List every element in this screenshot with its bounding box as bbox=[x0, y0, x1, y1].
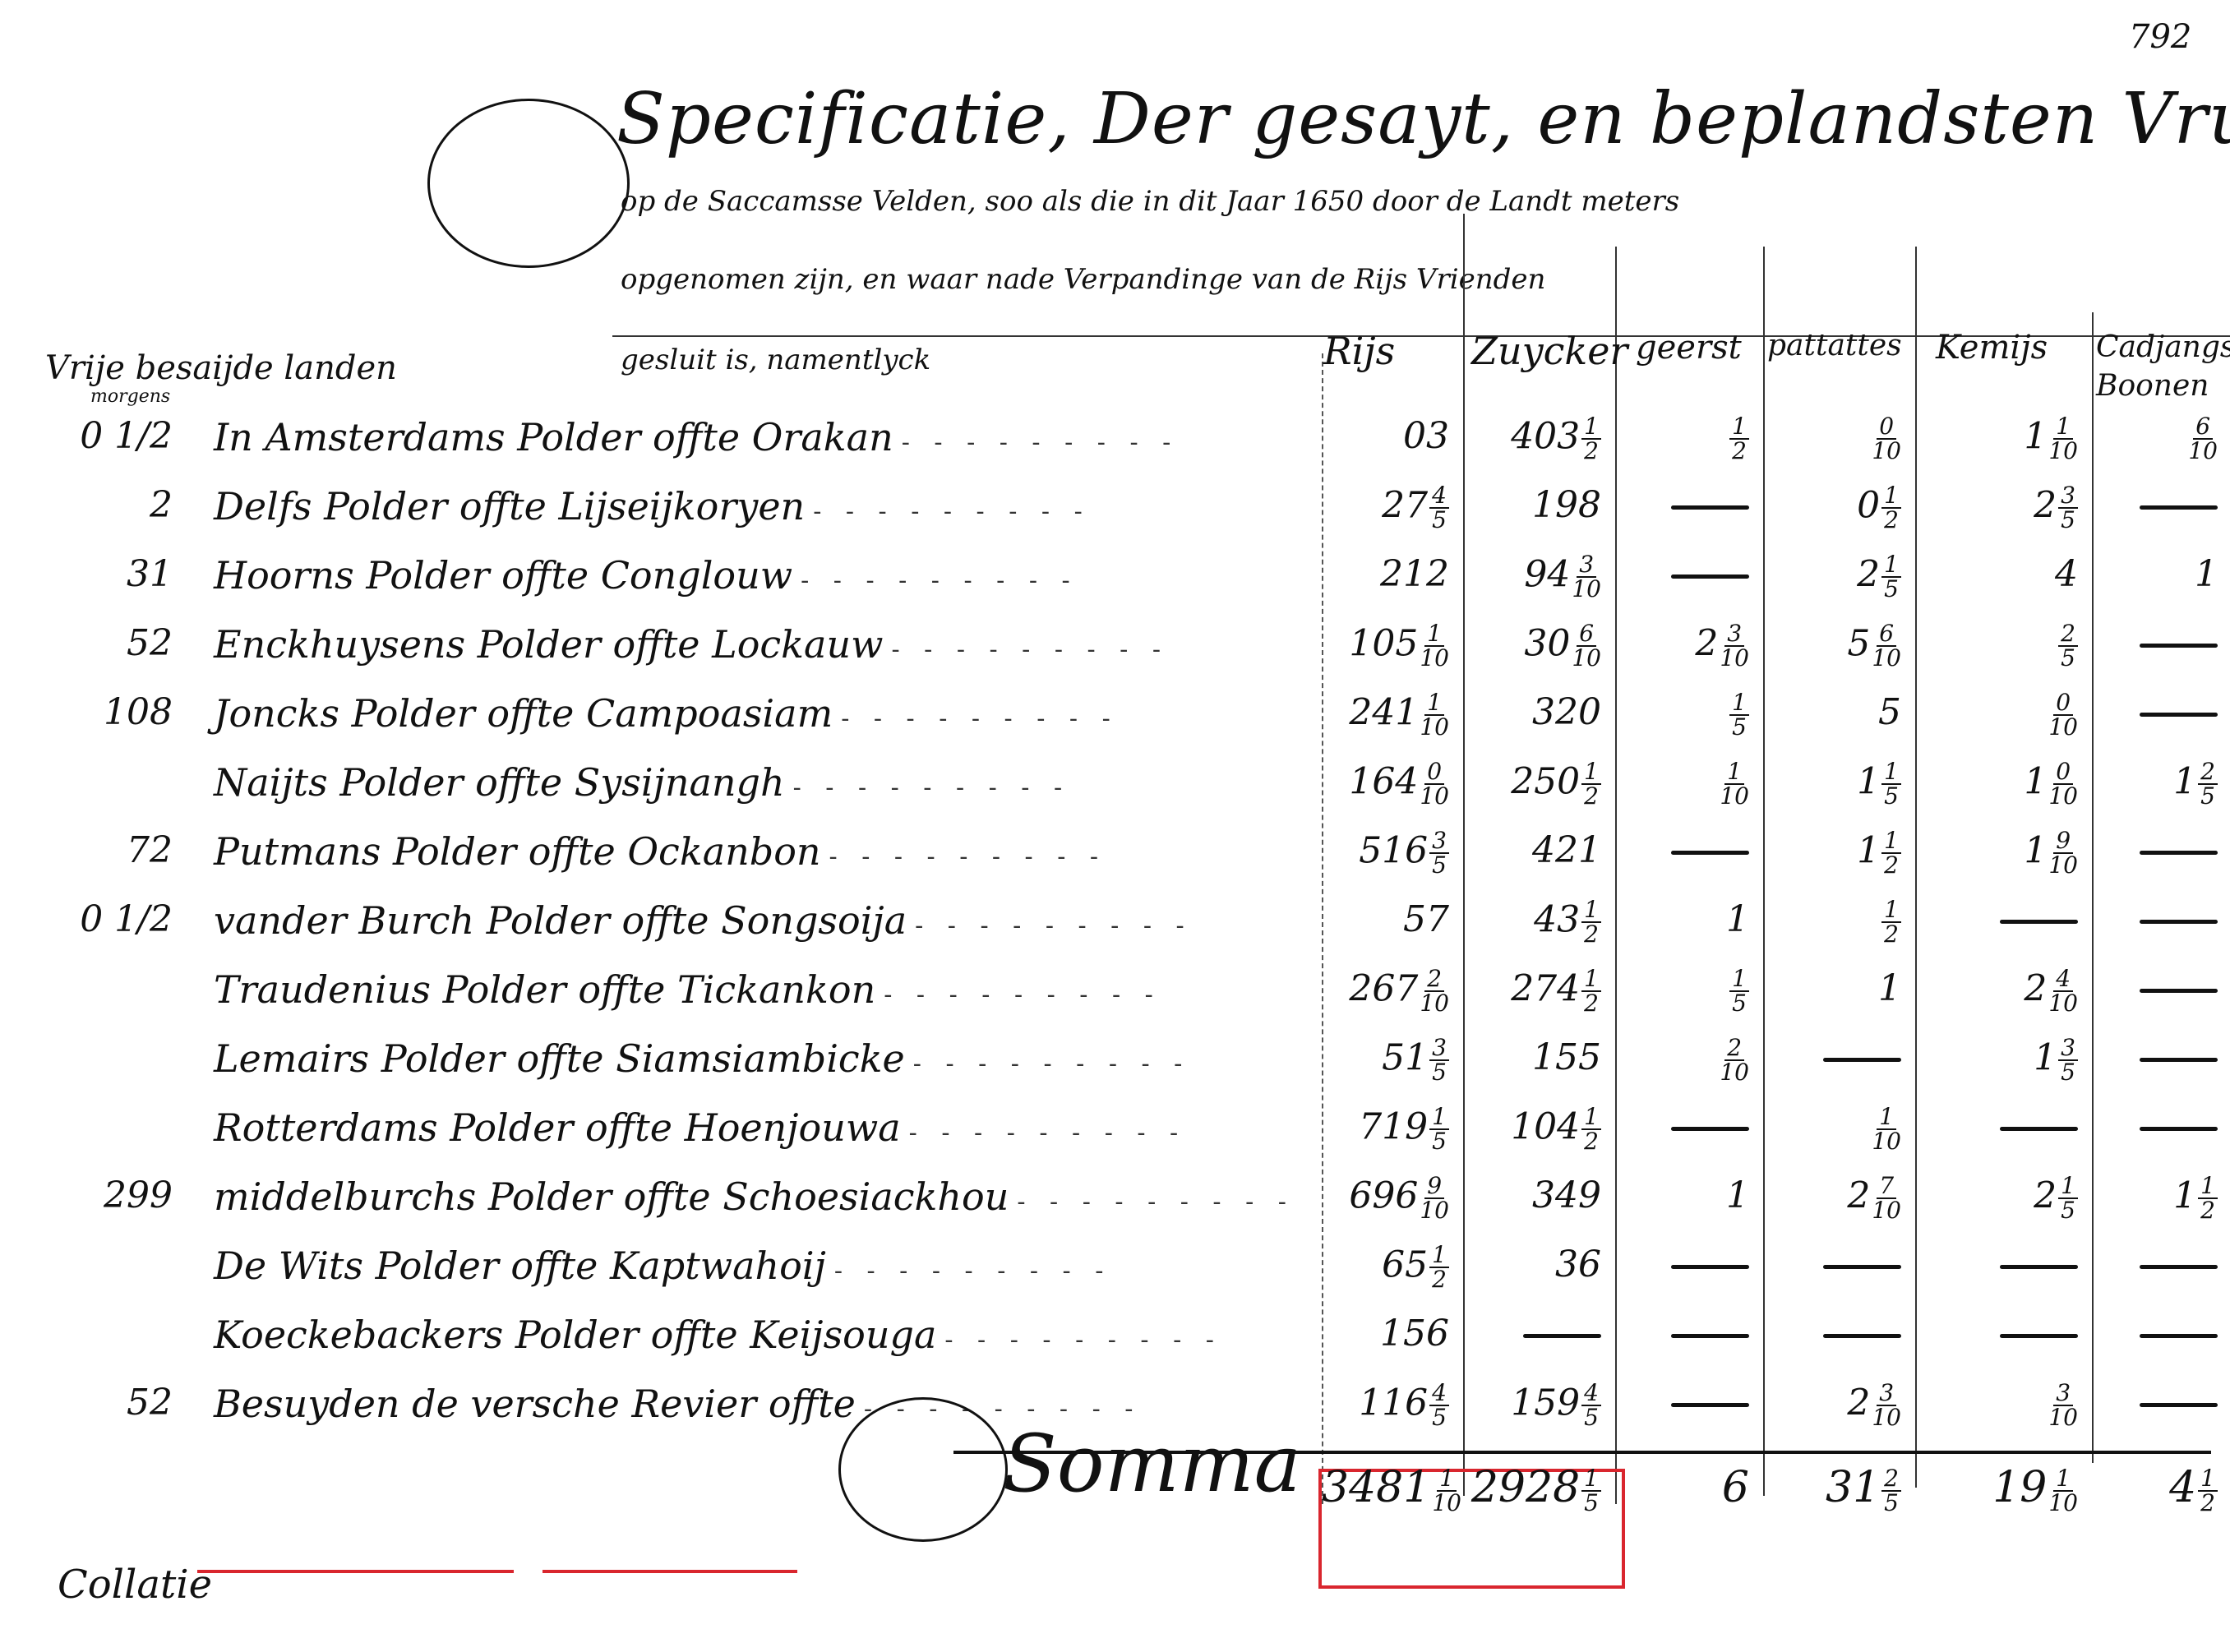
cell-zuycker: 198 bbox=[1463, 484, 1601, 526]
cell-zuycker: 25012 bbox=[1463, 760, 1601, 808]
cell-pattattes: 110 bbox=[1763, 1105, 1901, 1153]
cell-kemijs bbox=[1915, 898, 2078, 940]
cell-cadjangs-boonen bbox=[2092, 1244, 2218, 1285]
cell-rijs: 105110 bbox=[1322, 622, 1449, 670]
cell-pattattes: 2310 bbox=[1763, 1382, 1901, 1429]
empty-dash-icon bbox=[2140, 1265, 2218, 1269]
empty-dash-icon bbox=[2140, 1403, 2218, 1407]
cell-rijs: 212 bbox=[1322, 553, 1449, 595]
cell-pattattes bbox=[1763, 1244, 1901, 1285]
cell-kemijs: 310 bbox=[1915, 1382, 2078, 1429]
cell-geerst: 2310 bbox=[1615, 622, 1749, 670]
polder-name-text: Naijts Polder offte Sysijnangh bbox=[214, 760, 785, 805]
cell-zuycker: 15945 bbox=[1463, 1382, 1601, 1429]
empty-dash-icon bbox=[2140, 851, 2218, 855]
cell-cadjangs-boonen: 610 bbox=[2092, 415, 2218, 463]
left-column-unit: morgens bbox=[90, 386, 170, 407]
empty-dash-icon bbox=[2140, 644, 2218, 648]
total-zuycker: 292815 bbox=[1463, 1463, 1601, 1515]
dot-leader: - - - - - - - - - bbox=[829, 842, 1107, 871]
cell-geerst bbox=[1615, 1105, 1749, 1147]
cell-pattattes: 112 bbox=[1763, 829, 1901, 877]
cell-rijs: 156 bbox=[1322, 1313, 1449, 1354]
column-header-kemijs: Kemijs bbox=[1936, 329, 2048, 367]
row-polder-name: Lemairs Polder offte Siamsiambicke- - - … bbox=[214, 1036, 1190, 1081]
column-header-zuycker: Zuycker bbox=[1471, 329, 1627, 373]
cell-rijs: 5135 bbox=[1322, 1036, 1449, 1084]
polder-name-text: In Amsterdams Polder offte Orakan bbox=[214, 415, 893, 459]
total-rijs: 3481110 bbox=[1322, 1463, 1449, 1515]
cell-zuycker: 421 bbox=[1463, 829, 1601, 871]
cell-rijs: 164010 bbox=[1322, 760, 1449, 808]
cell-cadjangs-boonen bbox=[2092, 691, 2218, 733]
cell-rijs: 11645 bbox=[1322, 1382, 1449, 1429]
cell-cadjangs-boonen bbox=[2092, 898, 2218, 940]
dot-leader: - - - - - - - - - bbox=[841, 704, 1119, 733]
cell-geerst: 12 bbox=[1615, 415, 1749, 463]
cell-pattattes: 115 bbox=[1763, 760, 1901, 808]
empty-dash-icon bbox=[1671, 1403, 1749, 1407]
intro-line-2: opgenomen zijn, en waar nade Verpandinge… bbox=[621, 263, 1545, 296]
polder-name-text: Joncks Polder offte Campoasiam bbox=[214, 691, 833, 736]
empty-dash-icon bbox=[1671, 575, 1749, 579]
row-polder-name: Koeckebackers Polder offte Keijsouga- - … bbox=[214, 1313, 1222, 1357]
row-polder-name: Enckhuysens Polder offte Lockauw- - - - … bbox=[214, 622, 1169, 667]
empty-dash-icon bbox=[1823, 1334, 1901, 1338]
cell-zuycker bbox=[1463, 1313, 1601, 1354]
cell-zuycker: 4312 bbox=[1463, 898, 1601, 946]
column-header-geerst: geerst bbox=[1636, 329, 1742, 367]
row-morgens: 52 bbox=[74, 622, 173, 664]
cell-cadjangs-boonen: 1 bbox=[2092, 553, 2218, 595]
cell-zuycker: 30610 bbox=[1463, 622, 1601, 670]
dot-leader: - - - - - - - - - bbox=[884, 981, 1161, 1009]
total-label: Somma bbox=[1003, 1418, 1301, 1510]
dot-leader: - - - - - - - - - bbox=[902, 428, 1180, 457]
row-polder-name: Naijts Polder offte Sysijnangh- - - - - … bbox=[214, 760, 1070, 805]
cell-cadjangs-boonen: 125 bbox=[2092, 760, 2218, 808]
cell-rijs: 03 bbox=[1322, 415, 1449, 457]
cell-zuycker: 155 bbox=[1463, 1036, 1601, 1078]
polder-name-text: Hoorns Polder offte Conglouw bbox=[214, 553, 792, 598]
row-morgens: 299 bbox=[74, 1174, 173, 1216]
row-polder-name: Hoorns Polder offte Conglouw- - - - - - … bbox=[214, 553, 1078, 598]
cell-kemijs: 215 bbox=[1915, 1174, 2078, 1222]
dot-leader: - - - - - - - - - bbox=[834, 1257, 1112, 1285]
row-polder-name: middelburchs Polder offte Schoesiackhou-… bbox=[214, 1174, 1295, 1219]
row-polder-name: Delfs Polder offte Lijseijkoryen- - - - … bbox=[214, 484, 1091, 528]
cell-pattattes: 012 bbox=[1763, 484, 1901, 532]
cell-pattattes: 12 bbox=[1763, 898, 1901, 946]
flourish-o-icon bbox=[427, 99, 630, 268]
cell-geerst bbox=[1615, 553, 1749, 595]
row-morgens: 72 bbox=[74, 829, 173, 871]
cell-kemijs bbox=[1915, 1244, 2078, 1285]
cell-zuycker: 94310 bbox=[1463, 553, 1601, 601]
cell-geerst bbox=[1615, 1382, 1749, 1424]
empty-dash-icon bbox=[2140, 989, 2218, 993]
polder-name-text: Besuyden de versche Revier offte bbox=[214, 1382, 856, 1426]
cell-kemijs: 2410 bbox=[1915, 967, 2078, 1015]
cell-rijs: 696910 bbox=[1322, 1174, 1449, 1222]
left-column-header: Vrije besaijde landen bbox=[45, 349, 397, 387]
dot-leader: - - - - - - - - - bbox=[909, 1119, 1187, 1147]
cell-zuycker: 349 bbox=[1463, 1174, 1601, 1216]
row-polder-name: In Amsterdams Polder offte Orakan- - - -… bbox=[214, 415, 1179, 459]
cell-cadjangs-boonen bbox=[2092, 622, 2218, 664]
cell-rijs: 267210 bbox=[1322, 967, 1449, 1015]
dot-leader: - - - - - - - - - bbox=[793, 773, 1071, 802]
cell-pattattes: 5610 bbox=[1763, 622, 1901, 670]
cell-kemijs: 1010 bbox=[1915, 760, 2078, 808]
flourish-o-icon bbox=[838, 1397, 1008, 1542]
empty-dash-icon bbox=[1823, 1058, 1901, 1062]
row-polder-name: Rotterdams Polder offte Hoenjouwa- - - -… bbox=[214, 1105, 1186, 1150]
cell-cadjangs-boonen bbox=[2092, 484, 2218, 526]
polder-name-text: Enckhuysens Polder offte Lockauw bbox=[214, 622, 883, 667]
polder-name-text: Delfs Polder offte Lijseijkoryen bbox=[214, 484, 805, 528]
cell-geerst: 210 bbox=[1615, 1036, 1749, 1084]
column-header-rijs: Rijs bbox=[1323, 329, 1395, 373]
row-morgens: 0 1/2 bbox=[74, 415, 173, 457]
cell-kemijs bbox=[1915, 1105, 2078, 1147]
cell-cadjangs-boonen bbox=[2092, 1036, 2218, 1078]
empty-dash-icon bbox=[1671, 851, 1749, 855]
cell-geerst: 1 bbox=[1615, 1174, 1749, 1216]
cell-geerst bbox=[1615, 484, 1749, 526]
dot-leader: - - - - - - - - - bbox=[813, 497, 1091, 526]
polder-name-text: vander Burch Polder offte Songsoija bbox=[214, 898, 907, 943]
cell-pattattes: 215 bbox=[1763, 553, 1901, 601]
cell-geerst bbox=[1615, 1313, 1749, 1354]
cell-cadjangs-boonen bbox=[2092, 1382, 2218, 1424]
cell-pattattes: 5 bbox=[1763, 691, 1901, 733]
cell-pattattes: 2710 bbox=[1763, 1174, 1901, 1222]
cell-geerst: 1 bbox=[1615, 898, 1749, 940]
cell-kemijs bbox=[1915, 1313, 2078, 1354]
polder-name-text: Traudenius Polder offte Tickankon bbox=[214, 967, 875, 1012]
polder-name-text: middelburchs Polder offte Schoesiackhou bbox=[214, 1174, 1009, 1219]
polder-name-text: Lemairs Polder offte Siamsiambicke bbox=[214, 1036, 905, 1081]
cell-cadjangs-boonen bbox=[2092, 1313, 2218, 1354]
dot-leader: - - - - - - - - - bbox=[891, 635, 1169, 664]
row-morgens: 52 bbox=[74, 1382, 173, 1424]
column-header-pattattes: pattattes bbox=[1767, 329, 1902, 362]
cell-rijs: 51635 bbox=[1322, 829, 1449, 877]
empty-dash-icon bbox=[2140, 920, 2218, 924]
cell-rijs: 241110 bbox=[1322, 691, 1449, 739]
intro-line-1: op de Saccamsse Velden, soo als die in d… bbox=[621, 185, 1679, 218]
empty-dash-icon bbox=[2000, 920, 2078, 924]
cell-zuycker: 10412 bbox=[1463, 1105, 1601, 1153]
empty-dash-icon bbox=[1671, 1265, 1749, 1269]
row-morgens: 2 bbox=[74, 484, 173, 526]
cell-cadjangs-boonen bbox=[2092, 1105, 2218, 1147]
cell-pattattes bbox=[1763, 1313, 1901, 1354]
row-morgens: 31 bbox=[74, 553, 173, 595]
dot-leader: - - - - - - - - - bbox=[915, 911, 1193, 940]
empty-dash-icon bbox=[2140, 713, 2218, 717]
row-morgens: 108 bbox=[74, 691, 173, 733]
empty-dash-icon bbox=[1823, 1265, 1901, 1269]
total-cadjangs-boonen: 412 bbox=[2092, 1463, 2218, 1515]
cell-cadjangs-boonen bbox=[2092, 829, 2218, 871]
cell-pattattes: 010 bbox=[1763, 415, 1901, 463]
cell-rijs: 6512 bbox=[1322, 1244, 1449, 1291]
intro-line-3: gesluit is, namentlyck bbox=[621, 344, 930, 376]
cell-kemijs: 235 bbox=[1915, 484, 2078, 532]
cell-geerst bbox=[1615, 829, 1749, 871]
dot-leader: - - - - - - - - - bbox=[801, 566, 1078, 595]
cell-kemijs: 1910 bbox=[1915, 829, 2078, 877]
cell-kemijs: 135 bbox=[1915, 1036, 2078, 1084]
empty-dash-icon bbox=[2000, 1127, 2078, 1131]
cell-rijs: 71915 bbox=[1322, 1105, 1449, 1153]
cell-zuycker: 36 bbox=[1463, 1244, 1601, 1285]
empty-dash-icon bbox=[2000, 1265, 2078, 1269]
cell-cadjangs-boonen bbox=[2092, 967, 2218, 1009]
empty-dash-icon bbox=[2140, 1058, 2218, 1062]
empty-dash-icon bbox=[2000, 1334, 2078, 1338]
total-geerst: 6 bbox=[1615, 1463, 1749, 1512]
cell-cadjangs-boonen: 112 bbox=[2092, 1174, 2218, 1222]
empty-dash-icon bbox=[2140, 505, 2218, 510]
cell-rijs: 57 bbox=[1322, 898, 1449, 940]
column-header-cadjangs-boonen: Cadjangs Boonen bbox=[2096, 329, 2228, 406]
row-polder-name: Putmans Polder offte Ockanbon- - - - - -… bbox=[214, 829, 1106, 874]
empty-dash-icon bbox=[1523, 1334, 1601, 1338]
row-polder-name: Joncks Polder offte Campoasiam- - - - - … bbox=[214, 691, 1119, 736]
cell-pattattes bbox=[1763, 1036, 1901, 1078]
total-pattattes: 3125 bbox=[1763, 1463, 1901, 1515]
total-kemijs: 19110 bbox=[1915, 1463, 2078, 1515]
cell-geerst bbox=[1615, 1244, 1749, 1285]
signature: Collatie bbox=[58, 1562, 212, 1608]
row-polder-name: De Wits Polder offte Kaptwahoij- - - - -… bbox=[214, 1244, 1111, 1288]
dot-leader: - - - - - - - - - bbox=[944, 1326, 1222, 1354]
row-polder-name: vander Burch Polder offte Songsoija- - -… bbox=[214, 898, 1193, 943]
cell-kemijs: 010 bbox=[1915, 691, 2078, 739]
cell-zuycker: 40312 bbox=[1463, 415, 1601, 463]
empty-dash-icon bbox=[1671, 1127, 1749, 1131]
polder-name-text: Putmans Polder offte Ockanbon bbox=[214, 829, 821, 874]
empty-dash-icon bbox=[2140, 1334, 2218, 1338]
document-title: Specificatie, Der gesayt, en beplandsten… bbox=[616, 78, 2230, 160]
cell-kemijs: 25 bbox=[1915, 622, 2078, 670]
cell-kemijs: 4 bbox=[1915, 553, 2078, 595]
empty-dash-icon bbox=[1671, 1334, 1749, 1338]
cell-geerst: 15 bbox=[1615, 691, 1749, 739]
cell-zuycker: 27412 bbox=[1463, 967, 1601, 1015]
row-polder-name: Traudenius Polder offte Tickankon- - - -… bbox=[214, 967, 1161, 1012]
polder-name-text: De Wits Polder offte Kaptwahoij bbox=[214, 1244, 826, 1288]
empty-dash-icon bbox=[2140, 1127, 2218, 1131]
cell-pattattes: 1 bbox=[1763, 967, 1901, 1009]
cell-rijs: 2745 bbox=[1322, 484, 1449, 532]
row-morgens: 0 1/2 bbox=[74, 898, 173, 940]
polder-name-text: Koeckebackers Polder offte Keijsouga bbox=[214, 1313, 936, 1357]
cell-geerst: 15 bbox=[1615, 967, 1749, 1015]
dot-leader: - - - - - - - - - bbox=[1017, 1188, 1295, 1216]
empty-dash-icon bbox=[1671, 505, 1749, 510]
page-number: 792 bbox=[2129, 18, 2191, 56]
cell-zuycker: 320 bbox=[1463, 691, 1601, 733]
highlight-underline bbox=[197, 1570, 514, 1573]
polder-name-text: Rotterdams Polder offte Hoenjouwa bbox=[214, 1105, 901, 1150]
cell-kemijs: 1110 bbox=[1915, 415, 2078, 463]
highlight-underline bbox=[542, 1570, 797, 1573]
cell-geerst: 110 bbox=[1615, 760, 1749, 808]
dot-leader: - - - - - - - - - bbox=[913, 1050, 1191, 1078]
